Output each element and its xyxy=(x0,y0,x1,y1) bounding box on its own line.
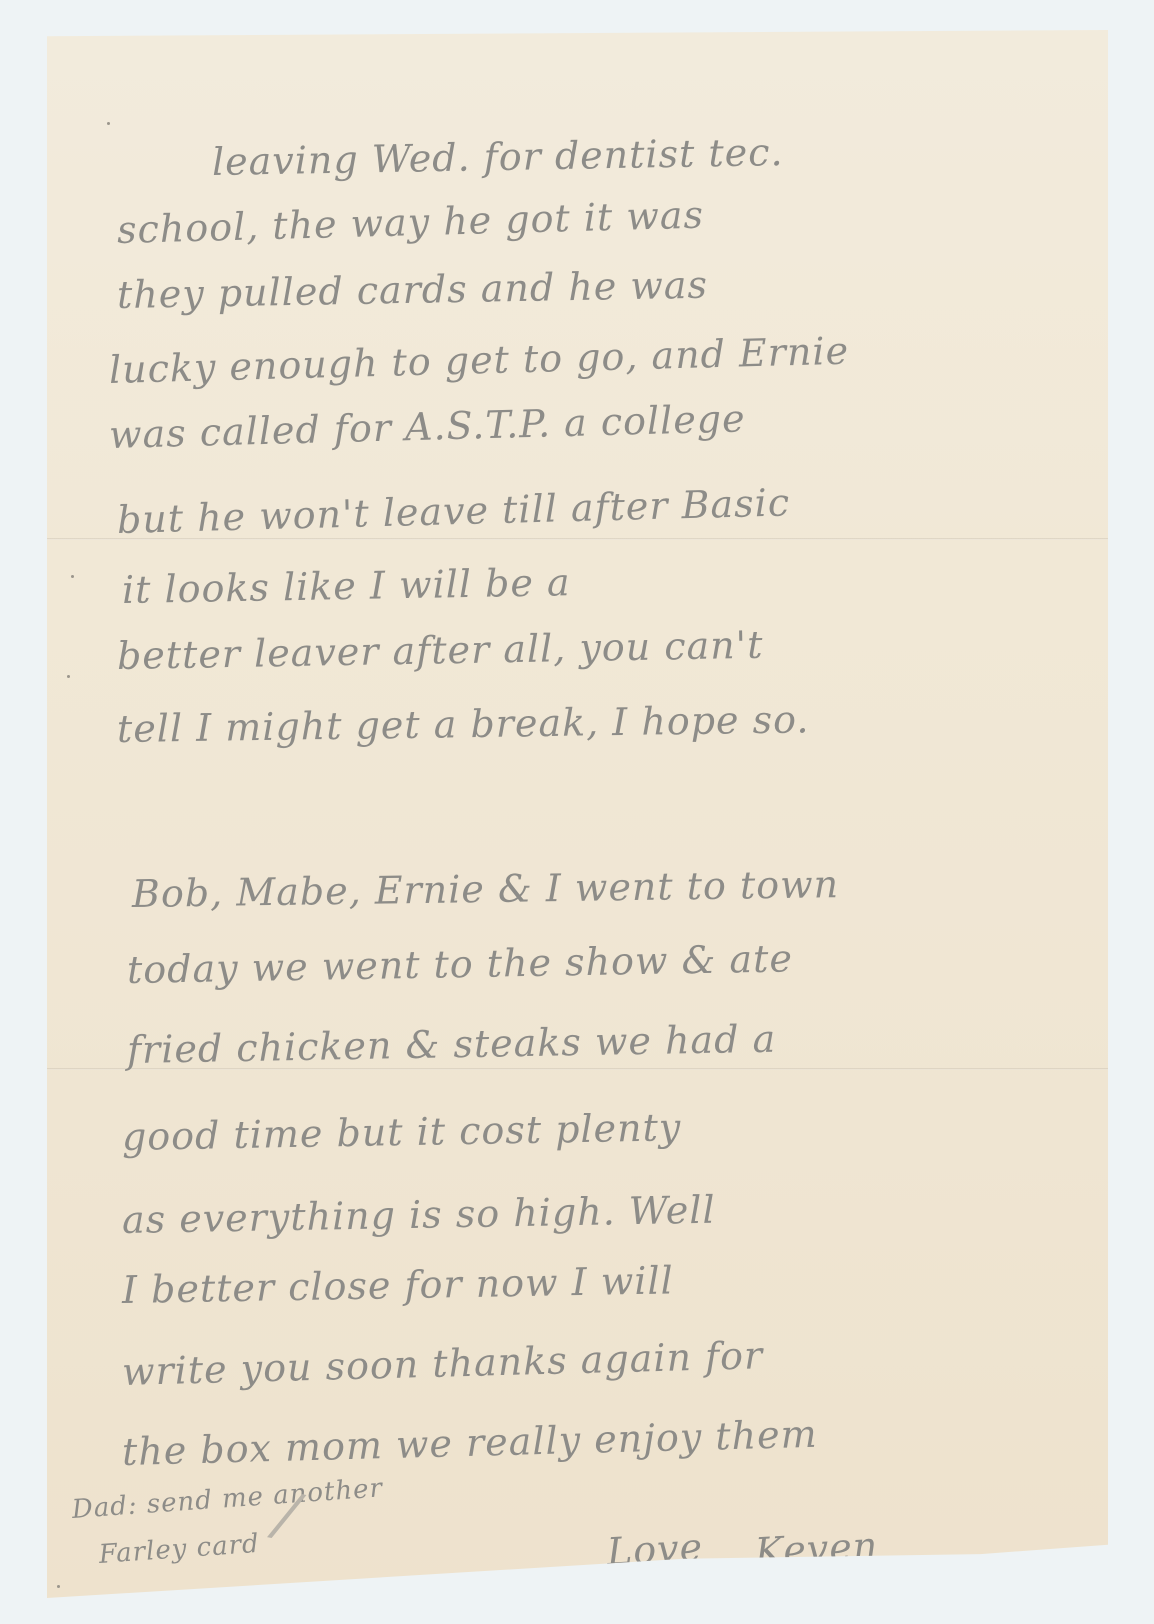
closing-salutation: Love xyxy=(606,1525,704,1574)
letter-line: better leaver after all, you can't xyxy=(117,623,764,678)
postscript-line: Dad: send me another xyxy=(71,1473,384,1525)
letter-line: they pulled cards and he was xyxy=(117,263,709,317)
letter-line: tell I might get a break, I hope so. xyxy=(117,697,810,751)
letter-line: the box mom we really enjoy them xyxy=(121,1412,818,1474)
letter-line: leaving Wed. for dentist tec. xyxy=(212,130,784,184)
letter-line: as everything is so high. Well xyxy=(122,1188,716,1242)
letter-line: lucky enough to get to go, and Ernie xyxy=(108,329,849,392)
letter-line: but he won't leave till after Basic xyxy=(116,480,790,542)
postscript-line: Farley card xyxy=(98,1529,261,1570)
letter-line: it looks like I will be a xyxy=(122,560,571,612)
letter-line: Bob, Mabe, Ernie & I went to town xyxy=(132,862,840,916)
letter-line: school, the way he got it was xyxy=(116,193,704,252)
letter-line: I better close for now I will xyxy=(122,1258,674,1312)
letter-line: good time but it cost plenty xyxy=(122,1105,682,1159)
letter-line: write you soon thanks again for xyxy=(121,1333,763,1394)
letter-line: fried chicken & steaks we had a xyxy=(127,1017,777,1072)
signature-name: Keven xyxy=(754,1524,879,1574)
letter-line: was called for A.S.T.P. a college xyxy=(108,396,746,457)
letter-line: today we went to the show & ate xyxy=(127,936,794,992)
letter-body: leaving Wed. for dentist tec. school, th… xyxy=(47,30,1108,1598)
letter-page: leaving Wed. for dentist tec. school, th… xyxy=(47,30,1108,1598)
